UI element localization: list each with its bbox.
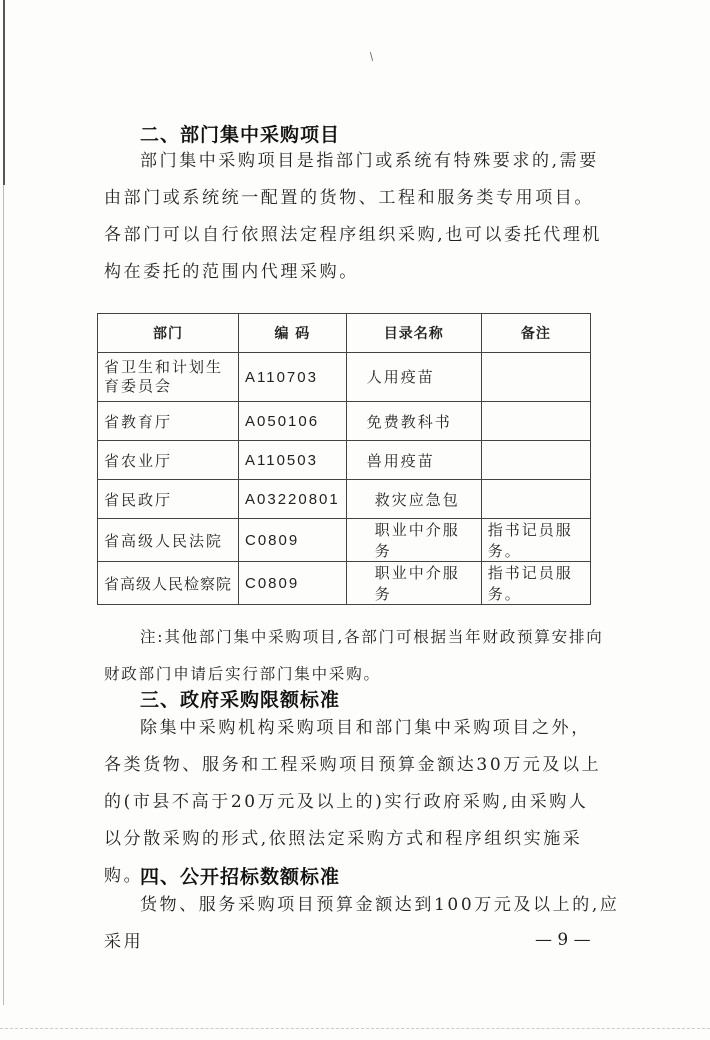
cell-note: 指书记员服务。 bbox=[481, 519, 590, 562]
cell-dept: 省卫生和计划生育委员会 bbox=[98, 353, 239, 402]
header-catalog-name: 目录名称 bbox=[346, 314, 481, 353]
page-number: — 9 — bbox=[535, 930, 591, 950]
scan-artifact bbox=[370, 52, 373, 61]
table-row: 省卫生和计划生育委员会 A110703 人用疫苗 bbox=[98, 353, 591, 402]
cell-catalog-name: 人用疫苗 bbox=[346, 353, 481, 402]
cell-dept: 省高级人民检察院 bbox=[98, 562, 239, 605]
table-row: 省农业厅 A110503 兽用疫苗 bbox=[98, 441, 591, 480]
header-note: 备注 bbox=[481, 314, 590, 353]
cell-catalog-name: 兽用疫苗 bbox=[346, 441, 481, 480]
cell-code: A110703 bbox=[239, 353, 347, 402]
section-heading-4: 四、公开招标数额标准 bbox=[140, 862, 340, 889]
department-procurement-table: 部门 编 码 目录名称 备注 省卫生和计划生育委员会 A110703 人用疫苗 … bbox=[97, 313, 591, 605]
cell-code: C0809 bbox=[239, 519, 347, 562]
header-dept: 部门 bbox=[98, 314, 239, 353]
cell-code: C0809 bbox=[239, 562, 347, 605]
cell-catalog-name: 救灾应急包 bbox=[346, 480, 481, 519]
table-row: 省教育厅 A050106 免费教科书 bbox=[98, 402, 591, 441]
cell-catalog-name: 职业中介服务 bbox=[346, 519, 481, 562]
section-heading-3: 三、政府采购限额标准 bbox=[140, 685, 340, 712]
cell-code: A03220801 bbox=[239, 480, 347, 519]
cell-note bbox=[481, 353, 590, 402]
table-row: 省高级人民检察院 C0809 职业中介服务 指书记员服务。 bbox=[98, 562, 591, 605]
table-header-row: 部门 编 码 目录名称 备注 bbox=[98, 314, 591, 353]
cell-dept: 省民政厅 bbox=[98, 480, 239, 519]
scan-artifact bbox=[0, 1028, 710, 1030]
cell-catalog-name: 免费教科书 bbox=[346, 402, 481, 441]
cell-dept: 省农业厅 bbox=[98, 441, 239, 480]
cell-note bbox=[481, 480, 590, 519]
cell-note: 指书记员服务。 bbox=[481, 562, 590, 605]
cell-code: A110503 bbox=[239, 441, 347, 480]
cell-note bbox=[481, 441, 590, 480]
header-code: 编 码 bbox=[239, 314, 347, 353]
table-footnote: 注:其他部门集中采购项目,各部门可根据当年财政预算安排向财政部门申请后实行部门集… bbox=[104, 619, 604, 693]
section-2-paragraph: 部门集中采购项目是指部门或系统有特殊要求的,需要由部门或系统统一配置的货物、工程… bbox=[104, 143, 604, 291]
cell-note bbox=[481, 402, 590, 441]
cell-code: A050106 bbox=[239, 402, 347, 441]
scan-edge-line bbox=[3, 185, 4, 1005]
cell-catalog-name: 职业中介服务 bbox=[346, 562, 481, 605]
table-row: 省民政厅 A03220801 救灾应急包 bbox=[98, 480, 591, 519]
scan-edge-line bbox=[3, 0, 5, 185]
table-row: 省高级人民法院 C0809 职业中介服务 指书记员服务。 bbox=[98, 519, 591, 562]
cell-dept: 省高级人民法院 bbox=[98, 519, 239, 562]
cell-dept: 省教育厅 bbox=[98, 402, 239, 441]
